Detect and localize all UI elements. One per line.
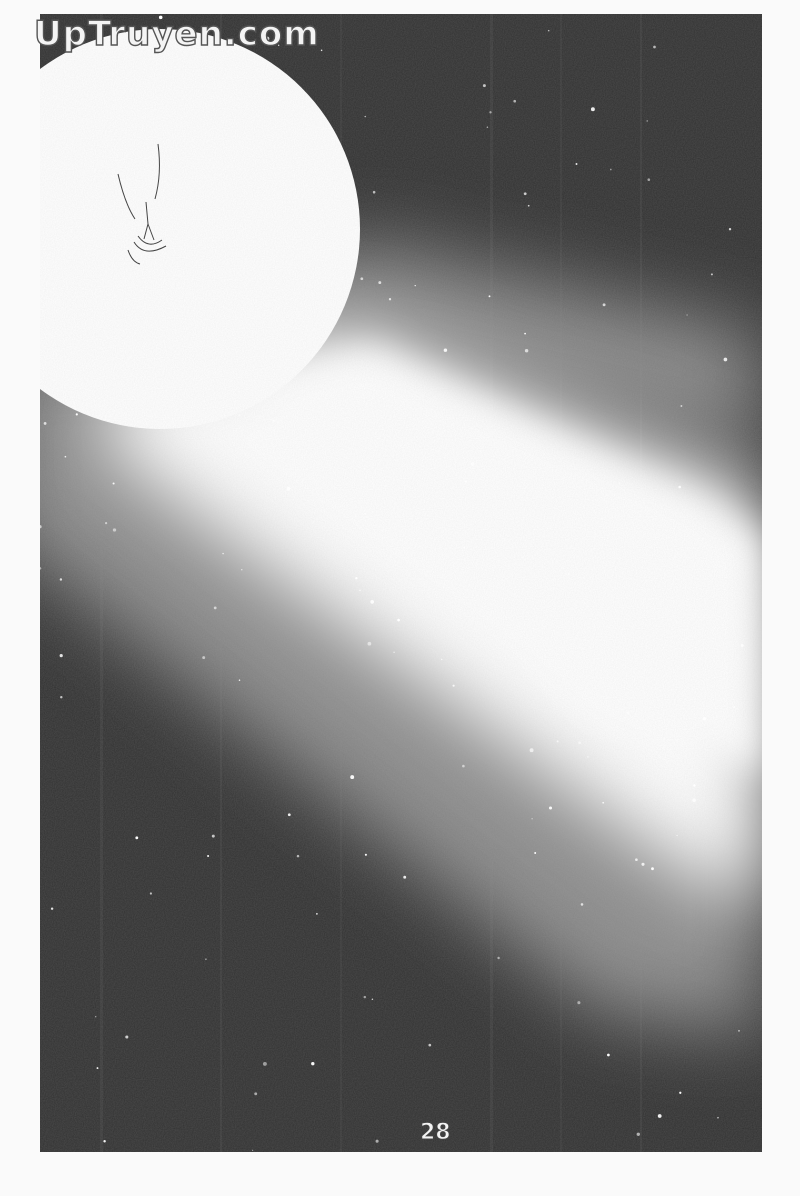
manga-page: UpTruyen.com — [0, 0, 800, 1196]
watermark: UpTruyen.com — [34, 14, 320, 54]
panel-artwork — [40, 14, 762, 1152]
manga-panel — [40, 14, 762, 1152]
page-number: 28 — [420, 1120, 451, 1145]
